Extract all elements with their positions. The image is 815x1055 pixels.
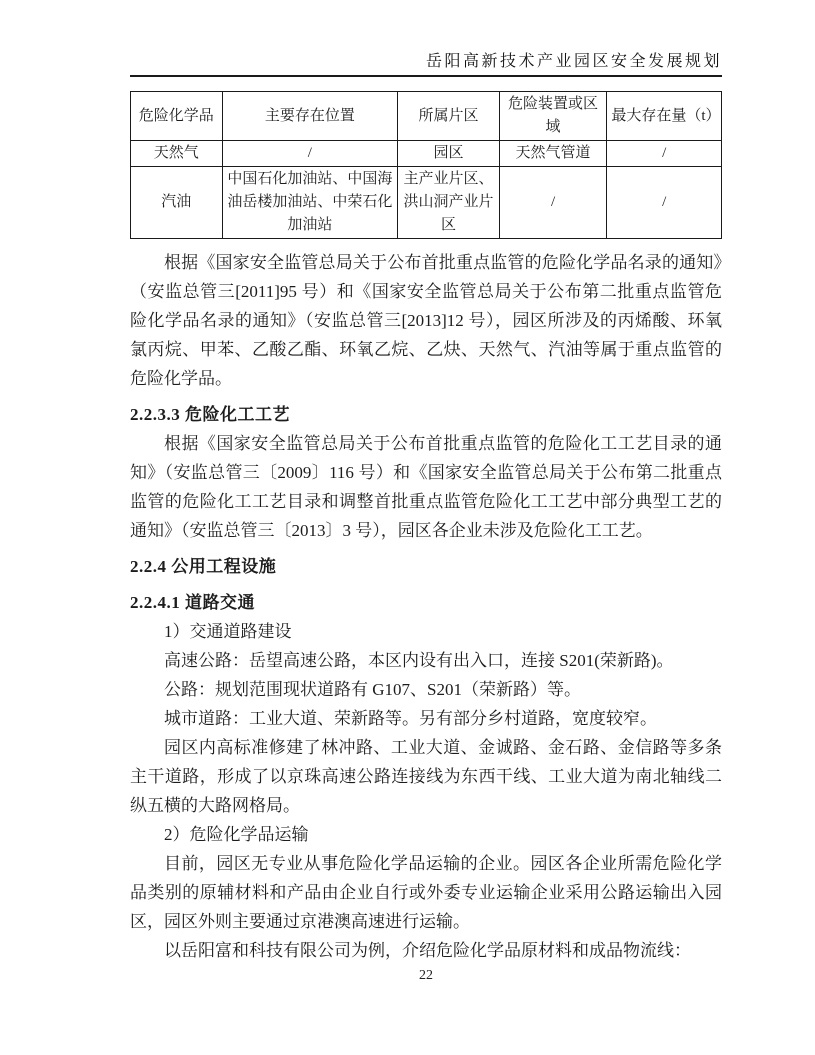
- table-header-row: 危险化学品 主要存在位置 所属片区 危险装置或区域 最大存在量（t）: [131, 92, 722, 141]
- content-area: 岳阳高新技术产业园区安全发展规划 危险化学品 主要存在位置 所属片区 危险装置或…: [130, 0, 722, 965]
- header-rule: [130, 75, 722, 77]
- document-page: 岳阳高新技术产业园区安全发展规划 危险化学品 主要存在位置 所属片区 危险装置或…: [0, 0, 815, 1055]
- page-footer: 22: [130, 968, 722, 984]
- section-heading-2-2-4-1: 2.2.4.1 道路交通: [130, 588, 722, 617]
- hazardous-chemicals-table: 危险化学品 主要存在位置 所属片区 危险装置或区域 最大存在量（t） 天然气 /…: [130, 91, 722, 239]
- table-cell: 中国石化加油站、中国海油岳楼加油站、中荣石化加油站: [222, 167, 398, 239]
- table-cell: 天然气管道: [499, 141, 607, 167]
- table-cell: 天然气: [131, 141, 223, 167]
- table-cell: 主产业片区、洪山洞产业片区: [398, 167, 500, 239]
- page-number: 22: [419, 968, 433, 983]
- section-heading-2-2-3-3: 2.2.3.3 危险化工工艺: [130, 400, 722, 429]
- table-cell: /: [499, 167, 607, 239]
- table-cell: /: [607, 141, 722, 167]
- page-header: 岳阳高新技术产业园区安全发展规划: [130, 0, 722, 77]
- paragraph-urban-road: 城市道路：工业大道、荣新路等。另有部分乡村道路，宽度较窄。: [130, 704, 722, 733]
- table-row: 汽油 中国石化加油站、中国海油岳楼加油站、中荣石化加油站 主产业片区、洪山洞产业…: [131, 167, 722, 239]
- paragraph-transport: 目前，园区无专业从事危险化学品运输的企业。园区各企业所需危险化学品类别的原辅材料…: [130, 849, 722, 936]
- table-row: 天然气 / 园区 天然气管道 /: [131, 141, 722, 167]
- list-item-hazmat-transport: 2）危险化学品运输: [130, 820, 722, 849]
- paragraph-road-network: 园区内高标准修建了林冲路、工业大道、金诚路、金石路、金信路等多条主干道路，形成了…: [130, 733, 722, 820]
- paragraph-chemical-regulations: 根据《国家安全监管总局关于公布首批重点监管的危险化学品名录的通知》（安监总管三[…: [130, 248, 722, 393]
- paragraph-highway: 公路：规划范围现状道路有 G107、S201（荣新路）等。: [130, 675, 722, 704]
- document-body: 根据《国家安全监管总局关于公布首批重点监管的危险化学品名录的通知》（安监总管三[…: [130, 248, 722, 965]
- col-header-chemical: 危险化学品: [131, 92, 223, 141]
- list-item-road-construction: 1）交通道路建设: [130, 617, 722, 646]
- table-cell: 园区: [398, 141, 500, 167]
- col-header-district: 所属片区: [398, 92, 500, 141]
- paragraph-process-regulations: 根据《国家安全监管总局关于公布首批重点监管的危险化工工艺目录的通知》（安监总管三…: [130, 429, 722, 545]
- table-cell: /: [607, 167, 722, 239]
- running-head-title: 岳阳高新技术产业园区安全发展规划: [130, 52, 722, 72]
- paragraph-expressway: 高速公路：岳望高速公路，本区内设有出入口，连接 S201(荣新路)。: [130, 646, 722, 675]
- table-cell: /: [222, 141, 398, 167]
- paragraph-example: 以岳阳富和科技有限公司为例，介绍危险化学品原材料和成品物流线：: [130, 936, 722, 965]
- col-header-location: 主要存在位置: [222, 92, 398, 141]
- col-header-device: 危险装置或区域: [499, 92, 607, 141]
- table-cell: 汽油: [131, 167, 223, 239]
- section-heading-2-2-4: 2.2.4 公用工程设施: [130, 552, 722, 581]
- col-header-max-quantity: 最大存在量（t）: [607, 92, 722, 141]
